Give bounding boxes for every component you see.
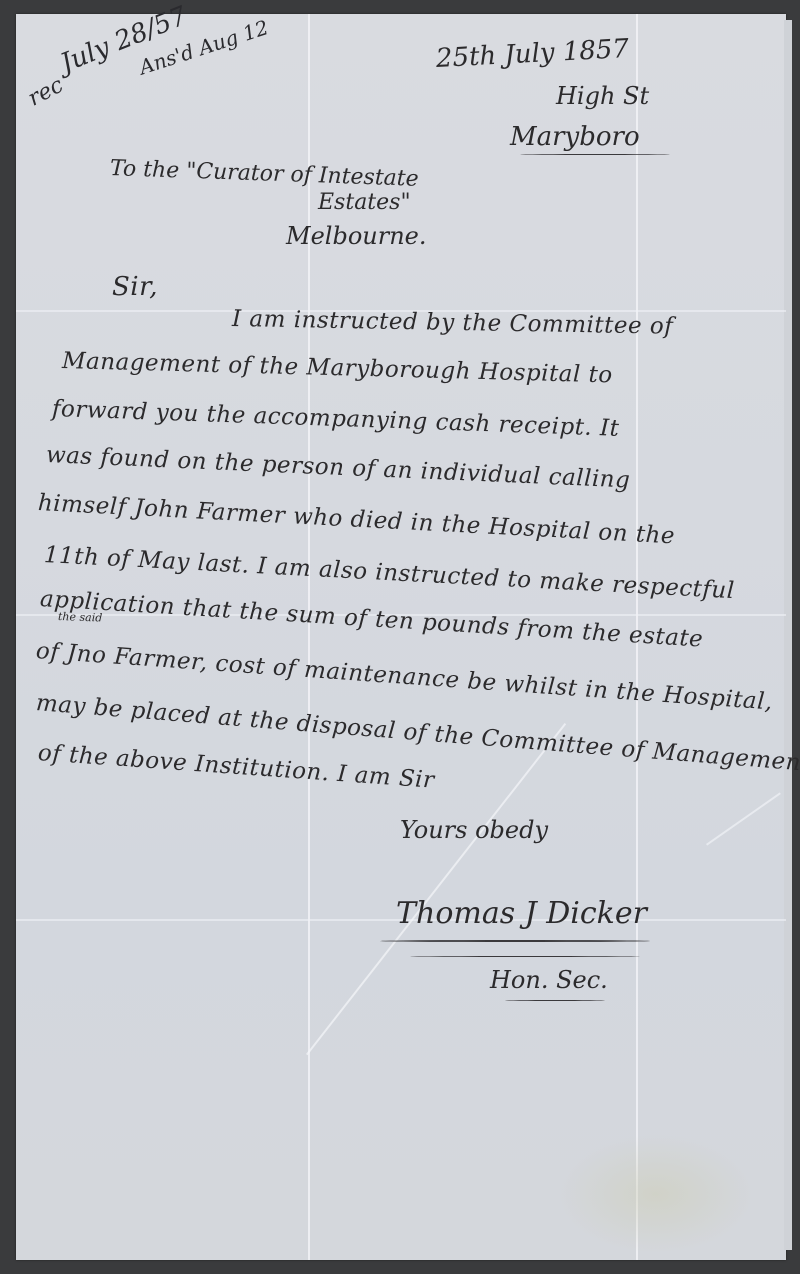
title-underline	[505, 1000, 605, 1001]
signatory-title: Hon. Sec.	[490, 966, 608, 994]
closing: Yours obedy	[400, 816, 548, 844]
signature: Thomas J Dicker	[396, 896, 647, 931]
salutation: Sir,	[112, 272, 158, 302]
paper-stain	[556, 1134, 756, 1254]
town-underline	[520, 154, 670, 155]
signature-flourish	[410, 956, 640, 957]
addressee-line-2: Estates"	[318, 190, 411, 215]
fold-line-diagonal	[706, 792, 781, 845]
letter-street: High St	[556, 82, 649, 110]
letter-town: Maryboro	[510, 122, 640, 152]
addressee-line-3: Melbourne.	[286, 222, 426, 250]
fold-line-vertical	[308, 14, 310, 1260]
underlying-sheet-edge	[784, 20, 792, 1250]
signature-flourish	[380, 940, 650, 942]
